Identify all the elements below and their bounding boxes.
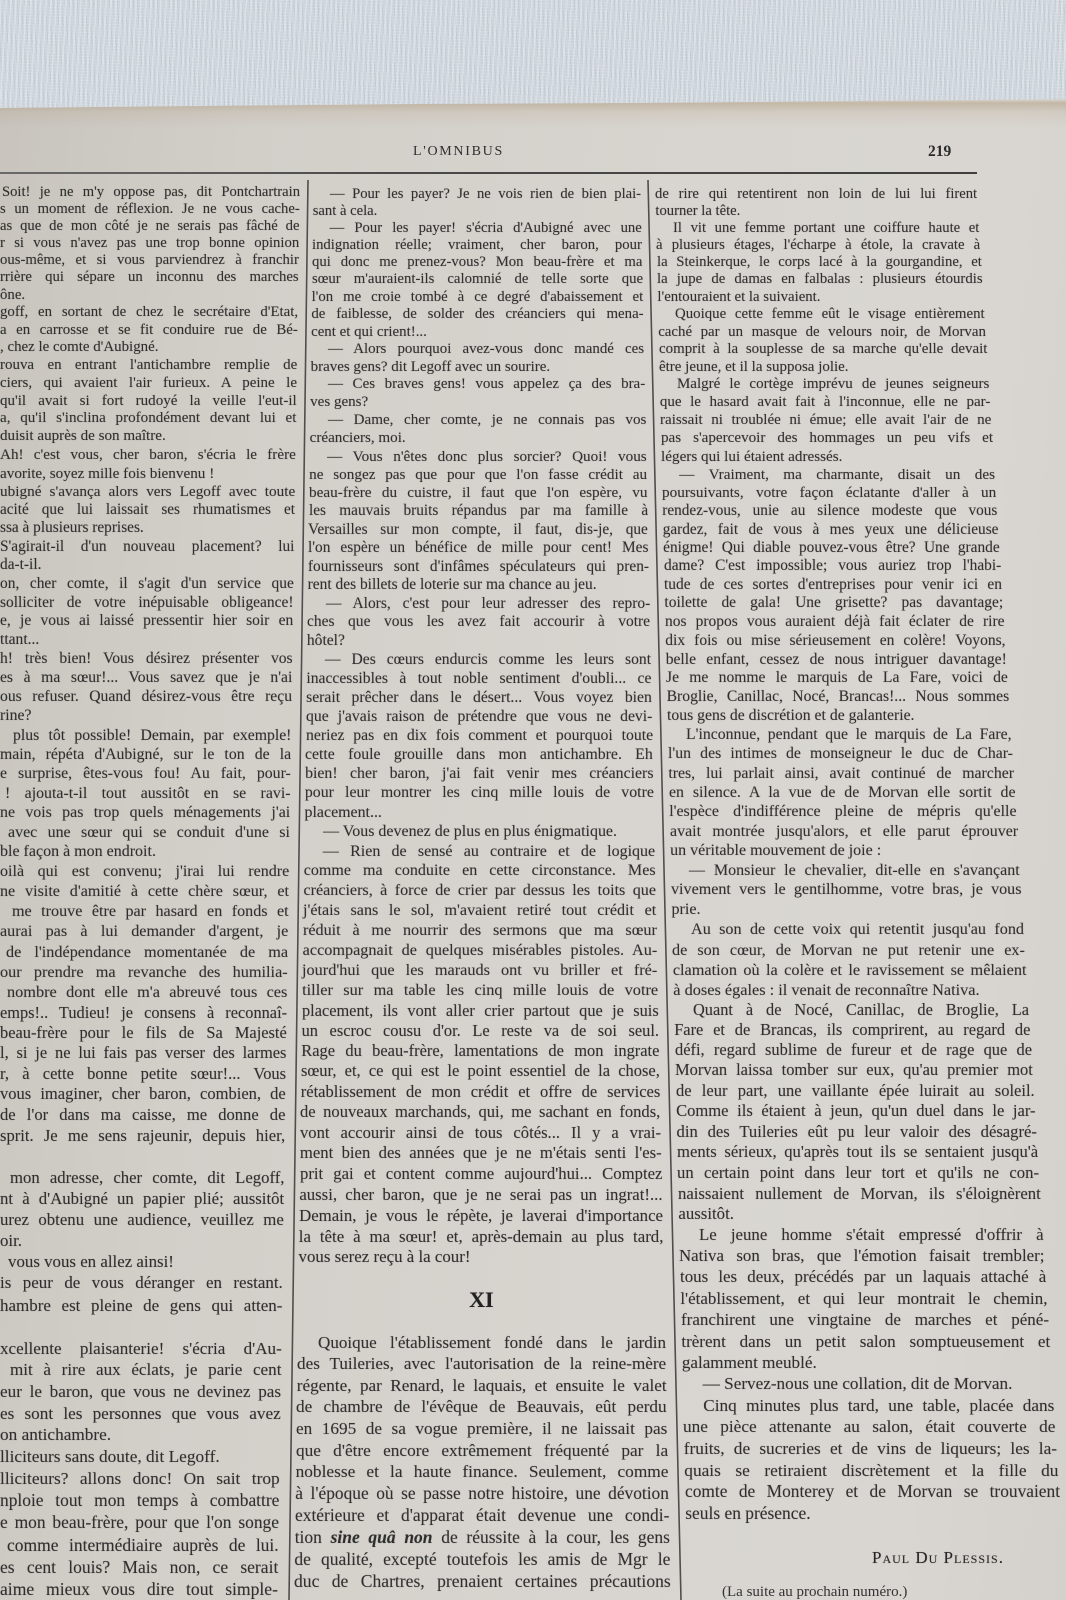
text-line: vous serez reçu à la cour! <box>299 1249 664 1266</box>
line-text: ches que vous les avez fait accourir à v… <box>307 614 650 630</box>
text-line: — Pour les payer! s'écria d'Aubigné avec… <box>330 221 642 236</box>
line-text: e mon beau-frère, pour que l'on songe <box>0 1514 279 1531</box>
line-text: prie. <box>671 902 700 918</box>
text-line: e, je vous ai laissé pressentir hier soi… <box>0 613 293 629</box>
line-text: vous imaginer, cher baron, combien, de <box>0 1086 286 1103</box>
text-line: placement, ils vont aller crier partout … <box>302 1003 659 1019</box>
text-line: Nativa son bras, que l'émotion faisait t… <box>679 1248 1044 1265</box>
text-line: da-t-il. <box>0 557 294 572</box>
text-line: naissaient nullement de Morvan, ils s'él… <box>678 1186 1041 1203</box>
line-text: les mauvais bruits répandus par ma famil… <box>309 503 648 518</box>
text-line: bien! cher baron, j'ai fait venir mes cr… <box>305 766 653 782</box>
line-text: acité que lui laissait ses rhumatismes e… <box>0 502 295 517</box>
line-text: de nouveaux marchands, qui, me sachant e… <box>300 1104 660 1121</box>
line-text: la tête à ma sœur! et, après-demain au p… <box>299 1229 664 1246</box>
line-text: ment bien des années que je ne m'étais s… <box>300 1145 662 1162</box>
text-line: galamment meublé. <box>682 1354 1052 1371</box>
line-text: cette foule grouille dans mon antichambr… <box>305 747 653 763</box>
line-text: toilette de gala! Une grisette? pas dava… <box>664 595 1003 610</box>
line-text: placement, ils vont aller crier partout … <box>302 1003 659 1019</box>
line-text: braves gens? dit Legoff avec un sourire. <box>311 360 551 375</box>
line-text: e, je vous ai laissé pressentir hier soi… <box>0 613 293 629</box>
newspaper-page: L'OMNIBUS 219 Soit! je ne m'y oppose pas… <box>0 0 1066 1600</box>
text-line: l'entouraient et la suivaient. <box>657 290 983 305</box>
line-text: de l'indépendance momentanée de ma <box>6 944 288 960</box>
line-text: — Vraiment, ma charmante, disait un des <box>679 467 995 482</box>
text-line: être jeune, et il la supposa jolie. <box>659 360 988 375</box>
text-line: seuls en présence. <box>685 1505 1061 1522</box>
line-text: naissaient nullement de Morvan, ils s'él… <box>678 1186 1041 1203</box>
text-line: Morvan laissa tomber sur eux, qu'au prem… <box>675 1062 1033 1078</box>
line-text: beau-frère du cuistre, il faut que l'on … <box>309 485 648 500</box>
text-line: Rage du beau-frère, lamentations de mon … <box>301 1043 659 1059</box>
text-line: on antichambre. <box>0 1426 280 1443</box>
text-line: que j'avais raison de prétendre que vous… <box>306 709 652 725</box>
line-text: ous refuser. Quand désirez-vous être reç… <box>0 689 292 705</box>
line-text: mon adresse, cher comte, dit Legoff, <box>10 1170 284 1187</box>
text-line: la tête à ma sœur! et, après-demain au p… <box>299 1229 664 1246</box>
line-text: e surprise, êtes-vous fou! Au fait, pour… <box>0 766 291 782</box>
text-line: pas s'apercevoir des hommages un peu vif… <box>661 431 993 446</box>
text-line: solliciter de votre inépuisable obligean… <box>0 595 294 610</box>
text-line: en 1695 de sa vogue première, il ne lais… <box>296 1420 667 1437</box>
line-text: poursuivants, votre façon éclatante d'al… <box>662 485 996 500</box>
text-line: comme ma conduite en cette circonstance.… <box>304 863 656 879</box>
line-text: solliciter de votre inépuisable obligean… <box>0 595 294 610</box>
text-line: Comme ils étaient à jeun, qu'un duel dan… <box>676 1103 1036 1120</box>
line-text: hôtel? <box>307 633 345 649</box>
text-line: que d'être encore extrêmement fréquenté … <box>296 1442 668 1459</box>
text-line: l'établissement, et qui leur montrait le… <box>680 1290 1047 1307</box>
text-line: légers qui lui étaient adressés. <box>661 449 994 464</box>
line-text: être jeune, et il la supposa jolie. <box>659 360 849 375</box>
line-text: h! très bien! Vous désirez présenter vos <box>0 651 293 667</box>
text-line: j'étais sans le sol, m'avaient retiré to… <box>303 903 656 919</box>
line-text: à plusieurs étages, l'écharpe à étole, l… <box>656 238 980 253</box>
line-text: l'établissement, et qui leur montrait le… <box>680 1290 1047 1307</box>
text-line: l, si je ne lui fais pas verser des larm… <box>0 1045 286 1061</box>
line-text: dix fois ou mise sérieusement en colère!… <box>665 633 1005 649</box>
text-line: acité que lui laissait ses rhumatismes e… <box>0 502 295 517</box>
text-line: aurai pas à lui demander d'argent, je <box>0 924 288 940</box>
text-line: — Alors, c'est pour leur adresser des re… <box>326 596 650 611</box>
line-text: me trouve être par hasard en fonds et <box>12 904 289 920</box>
line-text: réduit à me nourrir des sermons que ma s… <box>303 923 657 939</box>
text-line: de faiblesse, de solder des créanciers q… <box>311 307 643 322</box>
text-line: eur le baron, que vous ne devinez pas <box>0 1383 281 1400</box>
text-line: lliciteurs sans doute, dit Legoff. <box>0 1448 280 1465</box>
text-line: tourner la tête. <box>655 204 978 219</box>
line-text: main, répéta d'Aubigné, sur le ton de la <box>0 747 291 763</box>
line-text: Demain, je vous le répète, je laverai d'… <box>299 1208 663 1225</box>
text-line: a en carrosse et se fit conduire rue de … <box>0 323 298 338</box>
text-line: Malgré le cortège imprévu de jeunes seig… <box>677 377 989 392</box>
line-text: nploie tout mon temps à combattre <box>0 1492 279 1509</box>
line-text: à l'époque où se passe notre histoire, u… <box>295 1485 669 1502</box>
line-text: aurai pas à lui demander d'argent, je <box>0 924 288 940</box>
line-text: urez obtenu une audience, veuillez me <box>0 1212 284 1229</box>
text-line: Cinq minutes plus tard, une table, placé… <box>703 1397 1054 1414</box>
line-text: comprit à la souplesse de sa marche qu'e… <box>659 342 987 357</box>
text-line: braves gens? dit Legoff avec un sourire. <box>311 360 645 375</box>
text-line: is peur de vous déranger en restant. <box>0 1275 283 1292</box>
line-text: un escroc cousu d'or. Le reste va de soi… <box>302 1023 659 1039</box>
line-text: sant à cela. <box>313 204 378 219</box>
line-text: serait prêcher dans le désert... Vous vo… <box>306 690 652 706</box>
text-line: de nouveaux marchands, qui, me sachant e… <box>300 1104 660 1121</box>
text-line: défi, regard sublime de fureur et de rag… <box>675 1042 1032 1058</box>
text-line: vous vous en allez ainsi! <box>8 1254 283 1271</box>
text-line <box>0 1318 282 1335</box>
line-text: rine? <box>0 708 31 724</box>
text-line: serait prêcher dans le désert... Vous vo… <box>306 690 652 706</box>
author-signature: Paul Du Plessis. <box>872 1548 1004 1568</box>
text-line: ves gens? <box>310 395 645 410</box>
line-text: seuls en présence. <box>685 1505 810 1522</box>
line-text: vont accourir ainsi de tous côtés... Il … <box>300 1125 661 1142</box>
line-text: défi, regard sublime de fureur et de rag… <box>675 1042 1032 1058</box>
line-text: comte de Monterey et de Morvan se trouva… <box>685 1483 1060 1500</box>
text-line: vous imaginer, cher baron, combien, de <box>0 1086 286 1103</box>
line-text: aussi, cher baron, que je ne serai pas u… <box>299 1187 662 1204</box>
line-text: tion sine quâ non de réussite à la cour,… <box>295 1529 670 1546</box>
line-text: tous gens de discrétion et de galanterie… <box>667 708 915 724</box>
line-text: sœur, et, ce qui est le point essentiel … <box>301 1063 660 1079</box>
text-line: tude de ces sortes d'entreprises pour ve… <box>664 577 1002 592</box>
line-text: un véritable mouvement de joie : <box>670 843 881 859</box>
line-text: dame? C'est impossible; vous auriez trop… <box>664 558 1001 573</box>
line-text: vous vous en allez ainsi! <box>8 1254 174 1271</box>
line-text: plus tôt possible! Demain, par exemple! <box>13 728 291 744</box>
line-text: avait montrée jusqu'alors, et elle parut… <box>670 824 1018 840</box>
text-line: rétablissement de mon crédit et offre de… <box>301 1084 661 1101</box>
text-line: es sont les personnes que vous avez <box>0 1405 281 1422</box>
line-text: placement... <box>305 805 382 821</box>
line-text: ous-même, et si vous parviendrez à franc… <box>0 253 299 268</box>
line-text: belle enfant, cessez de nous intriguer d… <box>666 652 1007 668</box>
line-text: que d'être encore extrêmement fréquenté … <box>296 1442 668 1459</box>
line-text: eur le baron, que vous ne devinez pas <box>0 1383 281 1400</box>
line-text: ne visite d'amitié à cette chère sœur, e… <box>0 884 289 900</box>
text-line: ne visite d'amitié à cette chère sœur, e… <box>0 884 289 900</box>
text-line: S'agirait-il d'un nouveau placement? lui <box>0 539 294 554</box>
line-text: on, cher comte, il s'agit d'un service q… <box>0 576 294 591</box>
line-text: à doses égales : il venait de reconnaîtr… <box>673 982 979 998</box>
text-line: a, qu'il s'inclina profondément devant l… <box>0 411 296 426</box>
text-line: Le jeune homme s'était empressé d'offrir… <box>699 1227 1044 1244</box>
text-line: vivement vers le gentilhomme, votre bras… <box>671 882 1022 898</box>
text-line: un véritable mouvement de joie : <box>670 843 1019 859</box>
text-line: ubigné s'avança alors vers Legoff avec t… <box>0 484 295 499</box>
text-line: ciers, qui avaient l'air furieux. A pein… <box>0 376 297 391</box>
text-line: comte de Monterey et de Morvan se trouva… <box>685 1483 1060 1500</box>
text-line: — Dame, cher comte, je ne connais pas vo… <box>328 413 646 428</box>
line-text: L'inconnue, pendant que le marquis de La… <box>686 727 1012 743</box>
text-line: un escroc cousu d'or. Le reste va de soi… <box>302 1023 659 1039</box>
text-line: régente, par Renard, le laquais, et ensu… <box>297 1377 667 1394</box>
line-text: Cinq minutes plus tard, une table, placé… <box>703 1397 1054 1414</box>
text-line: — Alors pourquoi avez-vous donc mandé ce… <box>328 342 644 357</box>
text-line: en silence. A la vue de de Morvan elle s… <box>669 785 1016 801</box>
line-text: — Dame, cher comte, je ne connais pas vo… <box>328 413 646 428</box>
text-line: Demain, je vous le répète, je laverai d'… <box>299 1208 663 1225</box>
text-line: rendez-vous, unie au silence modeste que… <box>662 503 997 518</box>
line-text: accompagnait de quelques misérables pist… <box>303 942 658 958</box>
line-text: vous serez reçu à la cour! <box>299 1249 471 1266</box>
text-line: créanciers, moi. <box>310 431 647 446</box>
text-line: nploie tout mon temps à combattre <box>0 1492 279 1509</box>
line-text: en silence. A la vue de de Morvan elle s… <box>669 785 1016 801</box>
text-line: qui donc me prenez-vous? Mon beau-frère … <box>312 255 642 270</box>
line-text: de rire qui retentirent non loin de lui … <box>655 187 977 202</box>
text-line: — Rien de sensé au contraire et de logiq… <box>323 844 655 860</box>
line-text: Le jeune homme s'était empressé d'offrir… <box>699 1227 1044 1244</box>
text-line: — Pour les payer? Je ne vois rien de bie… <box>330 187 641 202</box>
text-line: réduit à me nourrir des sermons que ma s… <box>303 923 657 939</box>
text-line: duc de Chartres, prenaient certaines pré… <box>294 1573 671 1591</box>
text-line: r si vous n'avez pas une trop bonne opin… <box>0 236 299 251</box>
line-text: trèrent dans un petit salon somptueuseme… <box>681 1333 1050 1350</box>
text-line: — Monsieur le chevalier, dit-elle en s'a… <box>689 863 1020 879</box>
text-line: — Vraiment, ma charmante, disait un des <box>679 467 995 482</box>
text-line: as que de mon côté je ne serais pas fâch… <box>0 219 299 234</box>
text-line: de chambre de l'évêque de Beauvais, eût … <box>296 1398 667 1415</box>
line-text: — Pour les payer? Je ne vois rien de bie… <box>330 187 641 202</box>
line-text: énigme! Qui diable pouvez-vous être? Une… <box>663 540 1000 555</box>
text-line: à doses égales : il venait de reconnaîtr… <box>673 982 1028 998</box>
line-text: rétablissement de mon crédit et offre de… <box>301 1084 661 1101</box>
text-line: nos propos vous auraient déjà fait éclat… <box>665 614 1005 630</box>
text-line: prit gai et content comme aujourd'hui...… <box>300 1166 662 1183</box>
line-text: rent des billets de loterie sur ma chanc… <box>308 577 597 592</box>
line-text: es sont les personnes que vous avez <box>0 1405 281 1422</box>
text-line: ne vois pas trop quels ménagements j'ai <box>0 805 290 821</box>
line-text: rouva en entrant l'antichambre remplie d… <box>0 358 297 373</box>
line-text: da-t-il. <box>0 557 41 572</box>
text-line: — Vous n'êtes donc plus sorcier? Quoi! v… <box>327 449 647 464</box>
line-text: sprit. Je me sens rajeunir, depuis hier, <box>0 1128 285 1145</box>
line-text: de leur part, une vaillante épée luirait… <box>676 1083 1035 1100</box>
line-text: clamation où la colère et le ravissement… <box>673 962 1027 978</box>
line-text: jourd'hui que les marauds ont vu briller… <box>302 962 657 978</box>
text-line: rine? <box>0 708 292 724</box>
line-text: qu'il avait si fort rudoyé la veille l'e… <box>0 394 297 409</box>
line-text: Quoique cette femme eût le visage entièr… <box>675 307 985 322</box>
text-line <box>0 1149 285 1166</box>
line-text: — Rien de sensé au contraire et de logiq… <box>323 844 655 860</box>
text-line: tous gens de discrétion et de galanterie… <box>667 708 1010 724</box>
line-text: as que de mon côté je ne serais pas fâch… <box>0 219 299 234</box>
text-run: tion <box>295 1527 331 1547</box>
text-line: inaccessibles à tout noble sentiment d'o… <box>306 671 651 687</box>
line-text: cent et qui crient!... <box>311 325 427 340</box>
line-text: ubigné s'avança alors vers Legoff avec t… <box>0 484 295 499</box>
line-text: galamment meublé. <box>682 1354 817 1371</box>
text-line: e surprise, êtes-vous fou! Au fait, pour… <box>0 766 291 782</box>
line-text: is peur de vous déranger en restant. <box>0 1275 283 1292</box>
line-text: nt à d'Aubigné un papier plié; aussitôt <box>0 1191 284 1208</box>
text-line: aussitôt. <box>678 1206 1042 1223</box>
line-text: our prendre ma revanche des humilia- <box>0 964 288 980</box>
text-line: noblesse et la haute finance. Seulement,… <box>296 1463 669 1480</box>
text-line: l'on espère un bénéfice de mille pour ce… <box>308 540 648 555</box>
text-line: mon adresse, cher comte, dit Legoff, <box>10 1170 284 1187</box>
text-line: ous-même, et si vous parviendrez à franc… <box>0 253 299 268</box>
line-text: Soit! je ne m'y oppose pas, dit Pontchar… <box>2 185 300 200</box>
line-text: raissait ni troublée ni émue; elle avait… <box>660 413 991 428</box>
line-text: qui donc me prenez-vous? Mon beau-frère … <box>312 255 642 270</box>
text-line: oir. <box>0 1233 283 1250</box>
line-text: Ah! c'est vous, cher baron, s'écria le f… <box>0 447 296 462</box>
line-text: duisit auprès de son maître. <box>0 429 166 444</box>
line-text: tous les deux, précédés par un laquais a… <box>680 1269 1046 1286</box>
text-line: beau-frère pour le fils de Sa Majesté <box>0 1025 287 1041</box>
line-text: ! ajouta-t-il tout aussitôt en se ravi- <box>5 786 291 802</box>
text-line: les mauvais bruits répandus par ma famil… <box>309 503 648 518</box>
text-line: rrière qui sépare un inconnu des marches <box>0 270 299 285</box>
line-text: rendez-vous, unie au silence modeste que… <box>662 503 997 518</box>
line-text: comme intermédiaire auprès de lui. <box>7 1537 279 1555</box>
text-line: ! ajouta-t-il tout aussitôt en se ravi- <box>5 786 291 802</box>
text-line <box>298 1313 666 1330</box>
line-text: légers qui lui étaient adressés. <box>661 449 842 464</box>
line-text: hambre est pleine de gens qui atten- <box>0 1297 282 1314</box>
line-text: l'entouraient et la suivaient. <box>657 290 820 305</box>
line-text: mit à rire aux éclats, je parie cent <box>10 1361 281 1378</box>
text-line: de l'or dans ma caisse, me donne de <box>0 1107 285 1124</box>
text-line: avait montrée jusqu'alors, et elle parut… <box>670 824 1018 840</box>
text-line: plus tôt possible! Demain, par exemple! <box>13 728 291 744</box>
text-line: — Ces braves gens! vous appelez ça des b… <box>328 377 645 392</box>
text-line: accompagnait de quelques misérables pist… <box>303 942 658 958</box>
text-run: de réussite à la cour, les gens <box>433 1527 670 1547</box>
text-line: nt à d'Aubigné un papier plié; aussitôt <box>0 1191 284 1208</box>
text-line: tous les deux, précédés par un laquais a… <box>680 1269 1046 1286</box>
line-text: noblesse et la haute finance. Seulement,… <box>296 1463 669 1480</box>
text-line: rouva en entrant l'antichambre remplie d… <box>0 358 297 373</box>
text-line: toilette de gala! Une grisette? pas dava… <box>664 595 1003 610</box>
text-line: — Des cœurs endurcis comme les leurs son… <box>325 652 651 668</box>
line-text: lliciteurs? allons donc! On sait trop <box>0 1470 280 1487</box>
line-text: avorite, soyez mille fois bienvenu ! <box>0 466 214 481</box>
text-line: jourd'hui que les marauds ont vu briller… <box>302 962 657 978</box>
text-line: poursuivants, votre façon éclatante d'al… <box>662 485 996 500</box>
line-text: de faiblesse, de solder des créanciers q… <box>311 307 643 322</box>
text-line: neriez pas en dix fois comment et pourqu… <box>306 728 653 744</box>
text-line: à plusieurs étages, l'écharpe à étole, l… <box>656 238 980 253</box>
text-line: de leur part, une vaillante épée luirait… <box>676 1083 1035 1100</box>
text-line: Je me nomme le marquis de La Fare, voici… <box>666 670 1008 686</box>
text-line: la Steinkerque, le corps lacé à la gourg… <box>657 255 982 270</box>
line-text: prit gai et content comme aujourd'hui...… <box>300 1166 662 1183</box>
text-line: goff, en sortant de chez le secrétaire d… <box>0 305 298 320</box>
text-line: L'inconnue, pendant que le marquis de La… <box>686 727 1012 743</box>
text-line: emps!.. Tudieu! je consens à reconnaî- <box>0 1005 287 1021</box>
text-line: tres, lui parlait ainsi, avait continué … <box>668 766 1014 782</box>
text-line: — Servez-nous une collation, dit de Morv… <box>703 1375 1053 1392</box>
text-line: hôtel? <box>307 633 651 649</box>
text-line: r, à cette bonne petite sœur!... Vous <box>0 1066 286 1083</box>
text-line: Quant à de Nocé, Canillac, de Broglie, L… <box>693 1002 1029 1018</box>
line-text: l'un des intimes de monseigneur le duc d… <box>668 746 1013 762</box>
text-line: ous refuser. Quand désirez-vous être reç… <box>0 689 292 705</box>
text-line: , chez le comte d'Aubigné. <box>0 340 298 355</box>
line-text: vivement vers le gentilhomme, votre bras… <box>671 882 1022 898</box>
line-text: un certain point dans leur tort et qu'il… <box>677 1165 1039 1182</box>
line-text: Versailles sur mon compte, il faut, dis-… <box>308 522 648 537</box>
line-text: tiller sur ma table les cinq mille louis… <box>302 982 658 998</box>
text-line: prie. <box>671 902 1022 918</box>
line-text: Au son de cette voix qui retentit jusqu'… <box>691 922 1024 938</box>
text-line: sprit. Je me sens rajeunir, depuis hier, <box>0 1128 285 1145</box>
line-text: Nativa son bras, que l'émotion faisait t… <box>679 1248 1044 1265</box>
line-text: — Vous n'êtes donc plus sorcier? Quoi! v… <box>327 449 647 464</box>
text-line: qu'il avait si fort rudoyé la veille l'e… <box>0 394 297 409</box>
text-line: ment bien des années que je ne m'étais s… <box>300 1145 662 1162</box>
line-text: tourner la tête. <box>655 204 740 219</box>
line-text: — Alors pourquoi avez-vous donc mandé ce… <box>328 342 644 357</box>
text-line: gardez, fait de vous à mes yeux une déli… <box>663 522 999 537</box>
line-text: tude de ces sortes d'entreprises pour ve… <box>664 577 1002 592</box>
line-text: régente, par Renard, le laquais, et ensu… <box>297 1377 667 1394</box>
line-text: — Monsieur le chevalier, dit-elle en s'a… <box>689 863 1020 879</box>
text-line: indignation réelle; vraiment, cher baron… <box>312 238 642 253</box>
text-line: belle enfant, cessez de nous intriguer d… <box>666 652 1007 668</box>
line-text: — Alors, c'est pour leur adresser des re… <box>326 596 650 611</box>
text-line: oilà qui est convenu; j'irai lui rendre <box>0 864 289 880</box>
chapter-heading: XI <box>298 1289 665 1311</box>
line-text: Quoique l'établissement fondé dans le ja… <box>318 1334 666 1351</box>
text-line: des Tuileries, avec l'autorisation de la… <box>297 1355 666 1372</box>
text-line: aussi, cher baron, que je ne serai pas u… <box>299 1187 662 1204</box>
line-text: r si vous n'avez pas une trop bonne opin… <box>0 236 299 251</box>
line-text: — Des cœurs endurcis comme les leurs son… <box>325 652 651 668</box>
line-text: pas s'apercevoir des hommages un peu vif… <box>661 431 993 446</box>
line-text: gardez, fait de vous à mes yeux une déli… <box>663 522 999 537</box>
text-line: Au son de cette voix qui retentit jusqu'… <box>691 922 1024 938</box>
line-text: Malgré le cortège imprévu de jeunes seig… <box>677 377 989 392</box>
text-line: xcellente plaisanterie! s'écria d'Au- <box>0 1340 282 1357</box>
text-line: lliciteurs? allons donc! On sait trop <box>0 1470 280 1487</box>
text-line: ttant... <box>0 632 293 648</box>
line-text: ône. <box>0 288 25 303</box>
line-text: — Vous devenez de plus en plus énigmatiq… <box>323 824 617 840</box>
line-text: Je me nomme le marquis de La Fare, voici… <box>666 670 1008 686</box>
text-line: un certain point dans leur tort et qu'il… <box>677 1165 1039 1182</box>
text-line: l'espèce d'indifférence pleine de mépris… <box>669 804 1016 820</box>
text-line: extérieure et d'apparat était devenue un… <box>295 1507 669 1524</box>
line-text: avec une sœur qui se conduit d'une si <box>8 825 290 841</box>
text-line: urez obtenu une audience, veuillez me <box>0 1212 284 1229</box>
line-text: en 1695 de sa vogue première, il ne lais… <box>296 1420 667 1437</box>
text-line: rent des billets de loterie sur ma chanc… <box>308 577 650 592</box>
line-text: bien! cher baron, j'ai fait venir mes cr… <box>305 766 653 782</box>
text-line: l'on me croie tombé à ce degré d'abaisse… <box>312 290 644 305</box>
text-line: créanciers, à force de crier par dessus … <box>303 883 656 899</box>
text-line: s un moment de réflexion. Je ne vous cac… <box>0 202 300 217</box>
line-text: de chambre de l'évêque de Beauvais, eût … <box>296 1398 667 1415</box>
line-text: es cent louis? Mais non, ce serait <box>0 1559 278 1577</box>
line-text: l'espèce d'indifférence pleine de mépris… <box>669 804 1016 820</box>
line-text: ciers, qui avaient l'air furieux. A pein… <box>0 376 297 391</box>
line-text: de qualité, excepté toutefois les amis d… <box>294 1551 670 1569</box>
text-line: placement... <box>305 805 655 821</box>
line-text: lliciteurs sans doute, dit Legoff. <box>0 1448 220 1465</box>
line-text: ble façon à mon endroit. <box>0 844 156 860</box>
text-line: duisit auprès de son maître. <box>0 429 296 444</box>
line-text: rrière qui sépare un inconnu des marches <box>0 270 299 285</box>
line-text: des Tuileries, avec l'autorisation de la… <box>297 1355 666 1372</box>
